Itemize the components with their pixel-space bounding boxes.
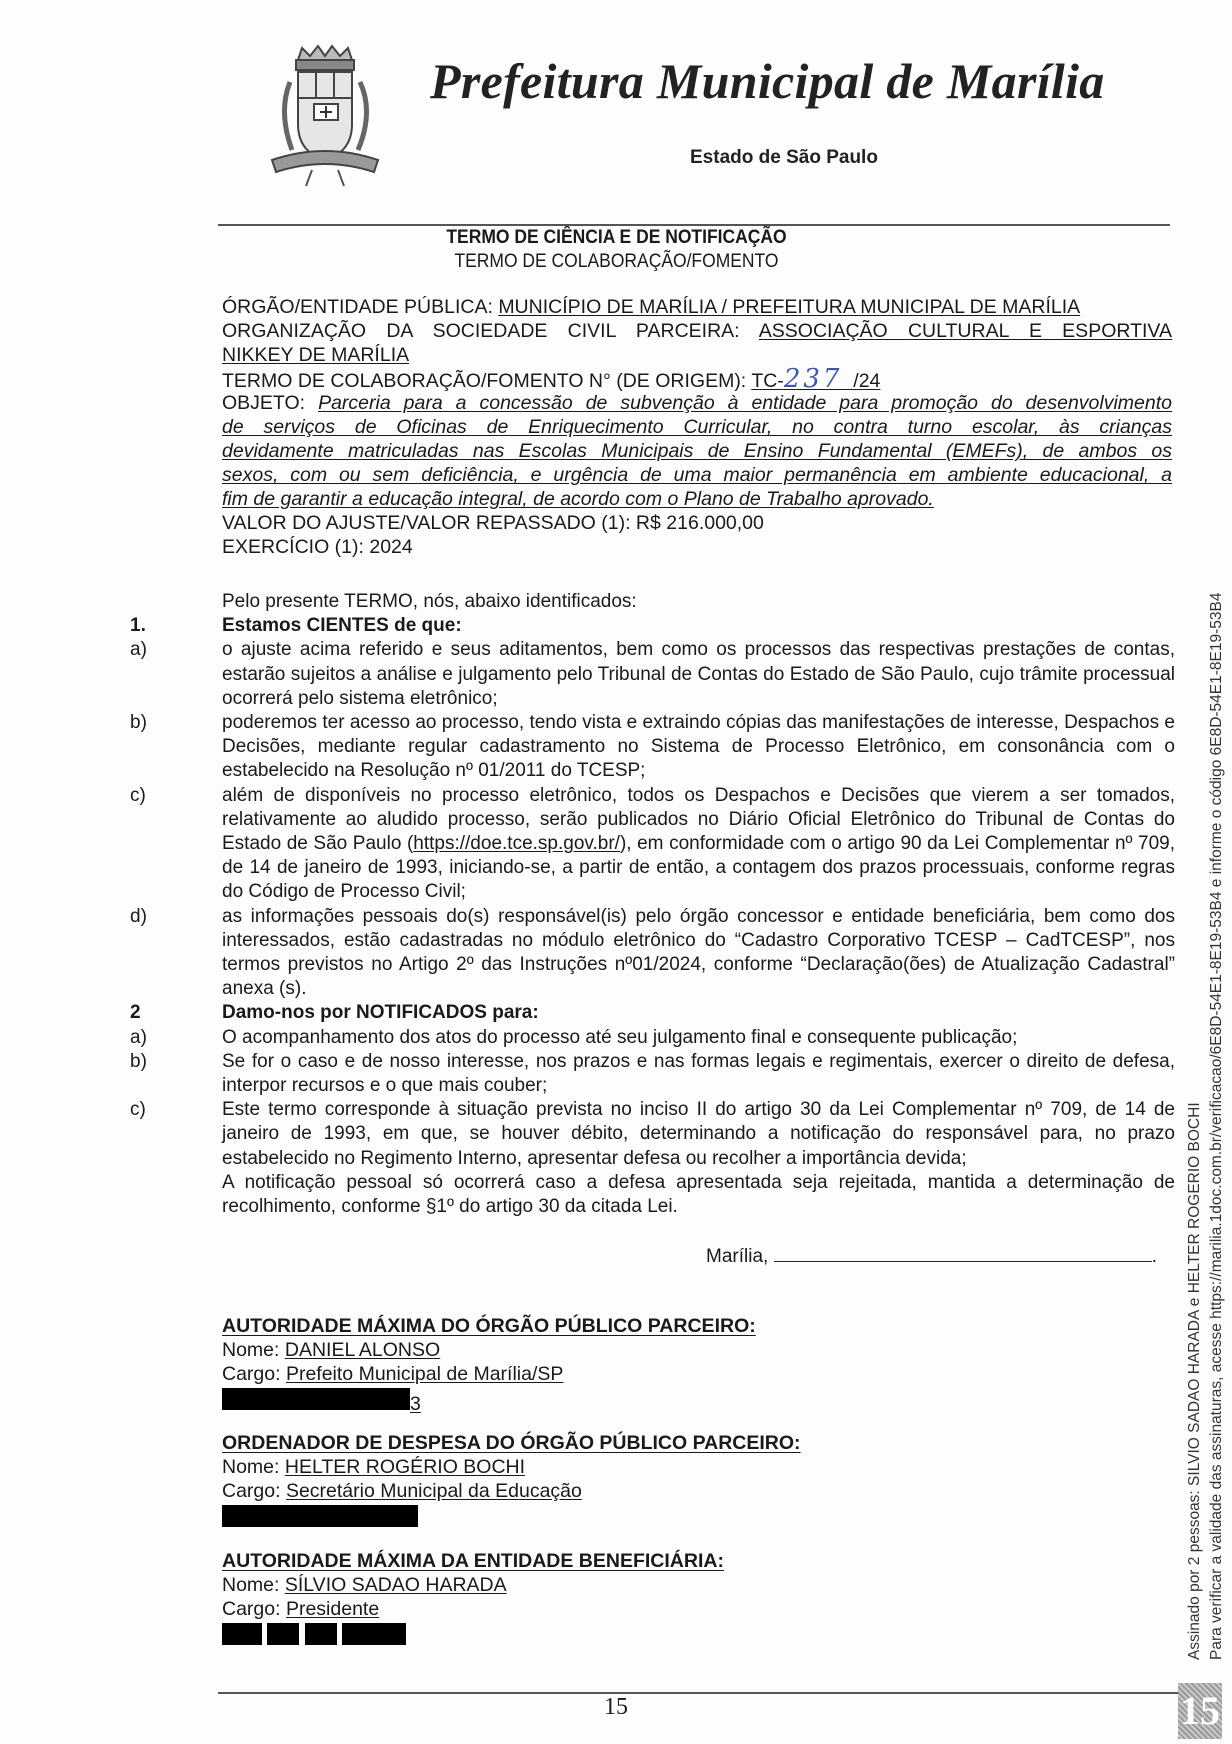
document-subtitle: TERMO DE COLABORAÇÃO/FOMENTO [50, 251, 1183, 273]
clause-item: c)Este termo corresponde à situação prev… [130, 1098, 1175, 1171]
document-metadata: ÓRGÃO/ENTIDADE PÚBLICA: MUNICÍPIO DE MAR… [222, 295, 1172, 559]
osc-value: ASSOCIAÇÃO CULTURAL E ESPORTIVA [759, 320, 1172, 342]
name-label: Nome: [222, 1456, 279, 1478]
signatory-block: ORDENADOR DE DESPESA DO ÓRGÃO PÚBLICO PA… [222, 1431, 801, 1533]
signatory-block: AUTORIDADE MÁXIMA DA ENTIDADE BENEFICIÁR… [222, 1549, 724, 1651]
clause-marker: a) [130, 638, 222, 711]
clause-item: a)O acompanhamento dos atos do processo … [130, 1026, 1175, 1050]
digital-signature-stamp: Assinado por 2 pessoas: SILVIO SADAO HAR… [1184, 560, 1228, 1660]
handwritten-number: 237 [784, 364, 843, 394]
objeto-text: de serviços de Oficinas de Enriqueciment… [222, 415, 1172, 439]
objeto-text: Parceria para a concessão de subvenção à… [318, 392, 1172, 414]
osc-line-2: NIKKEY DE MARÍLIA [222, 343, 1172, 367]
clause-marker: d) [130, 905, 222, 1002]
section-heading: Estamos CIENTES de que: [222, 615, 462, 636]
redaction-bar [342, 1623, 406, 1645]
verification-url-line[interactable]: Para verificar a validade das assinatura… [1206, 560, 1228, 1660]
clause-marker: c) [130, 1098, 222, 1171]
name-label: Nome: [222, 1574, 279, 1596]
orgao-value: MUNICÍPIO DE MARÍLIA / PREFEITURA MUNICI… [498, 296, 1080, 318]
state-subtitle: Estado de São Paulo [690, 147, 878, 169]
clause-marker: b) [130, 1050, 222, 1098]
place-date-line: Marília, . [706, 1243, 1157, 1268]
signatory-cargo: Prefeito Municipal de Marília/SP [286, 1363, 563, 1385]
clause-text: Este termo corresponde à situação previs… [222, 1098, 1175, 1171]
clause-text: O acompanhamento dos atos do processo at… [222, 1026, 1175, 1050]
redaction-bar [222, 1388, 410, 1410]
date-field[interactable] [774, 1243, 1152, 1262]
signatory-name: SÍLVIO SADAO HARADA [285, 1574, 507, 1596]
redacted-tail: 3 [410, 1393, 421, 1415]
redaction-bar [222, 1623, 262, 1645]
clause-text: A notificação pessoal só ocorrerá caso a… [222, 1171, 1175, 1219]
redaction-bar [305, 1623, 337, 1645]
redaction-bar [267, 1623, 299, 1645]
osc-value-cont: NIKKEY DE MARÍLIA [222, 344, 409, 366]
tce-doe-link[interactable]: https://doe.tce.sp.gov.br/ [413, 833, 620, 854]
signatory-block: AUTORIDADE MÁXIMA DO ÓRGÃO PÚBLICO PARCE… [222, 1314, 756, 1416]
osc-label: ORGANIZAÇÃO DA SOCIEDADE CIVIL PARCEIRA: [222, 320, 740, 342]
municipality-title: Prefeitura Municipal de Marília [430, 52, 1105, 110]
signature-stamp-line: Assinado por 2 pessoas: SILVIO SADAO HAR… [1184, 560, 1206, 1660]
clause-text: além de disponíveis no processo eletrôni… [222, 784, 1175, 905]
termo-prefix: TC- [751, 370, 784, 392]
objeto-text: devidamente matriculadas nas Escolas Mun… [222, 439, 1172, 463]
terms-body: Pelo presente TERMO, nós, abaixo identif… [130, 590, 1175, 1219]
clause-item: b)Se for o caso e de nosso interesse, no… [130, 1050, 1175, 1098]
orgao-label: ÓRGÃO/ENTIDADE PÚBLICA: [222, 296, 493, 318]
clause-marker: b) [130, 711, 222, 784]
orgao-line: ÓRGÃO/ENTIDADE PÚBLICA: MUNICÍPIO DE MAR… [222, 295, 1172, 319]
exercicio-line: EXERCÍCIO (1): 2024 [222, 535, 1172, 559]
clause-marker [130, 1171, 222, 1219]
termo-number-line: TERMO DE COLABORAÇÃO/FOMENTO N° (DE ORIG… [222, 367, 1172, 391]
signatory-role: AUTORIDADE MÁXIMA DO ÓRGÃO PÚBLICO PARCE… [222, 1314, 756, 1338]
signatory-name: HELTER ROGÉRIO BOCHI [285, 1456, 525, 1478]
signatory-name: DANIEL ALONSO [285, 1339, 440, 1361]
osc-line: ORGANIZAÇÃO DA SOCIEDADE CIVIL PARCEIRA:… [222, 319, 1172, 343]
termo-number: TC-237 /24 [751, 370, 880, 392]
clause-marker: c) [130, 784, 222, 905]
clause-text: o ajuste acima referido e seus aditament… [222, 638, 1175, 711]
cargo-label: Cargo: [222, 1598, 281, 1620]
intro-text: Pelo presente TERMO, nós, abaixo identif… [222, 590, 1175, 614]
clause-text: Se for o caso e de nosso interesse, nos … [222, 1050, 1175, 1098]
page-number: 15 [0, 1694, 1232, 1721]
clause-item: A notificação pessoal só ocorrerá caso a… [130, 1171, 1175, 1219]
objeto-text: sexos, com ou sem deficiência, e urgênci… [222, 463, 1172, 487]
name-label: Nome: [222, 1339, 279, 1361]
section-number: 2 [130, 1002, 141, 1023]
date-end: . [1152, 1246, 1157, 1267]
coat-of-arms-icon [250, 42, 400, 192]
clause-item: b)poderemos ter acesso ao processo, tend… [130, 711, 1175, 784]
page-stamp-icon: 15 [1178, 1683, 1222, 1739]
clause-text: as informações pessoais do(s) responsáve… [222, 905, 1175, 1002]
cargo-label: Cargo: [222, 1363, 281, 1385]
signatory-role: ORDENADOR DE DESPESA DO ÓRGÃO PÚBLICO PA… [222, 1431, 801, 1455]
clause-text: poderemos ter acesso ao processo, tendo … [222, 711, 1175, 784]
section-heading: Damo-nos por NOTIFICADOS para: [222, 1002, 539, 1023]
objeto-line-1: OBJETO: Parceria para a concessão de sub… [222, 391, 1172, 415]
cargo-label: Cargo: [222, 1480, 281, 1502]
redaction-bar [222, 1505, 418, 1527]
header-divider [218, 224, 1170, 226]
clause-marker: a) [130, 1026, 222, 1050]
city-label: Marília, [706, 1246, 768, 1267]
objeto-text: fim de garantir a educação integral, de … [222, 488, 934, 510]
signatory-role: AUTORIDADE MÁXIMA DA ENTIDADE BENEFICIÁR… [222, 1549, 724, 1573]
termo-suffix: /24 [853, 370, 880, 392]
signatory-cargo: Secretário Municipal da Educação [286, 1480, 582, 1502]
section-number: 1. [130, 615, 146, 636]
document-title: TERMO DE CIÊNCIA E DE NOTIFICAÇÃO [50, 227, 1183, 249]
signatory-cargo: Presidente [286, 1598, 379, 1620]
valor-line: VALOR DO AJUSTE/VALOR REPASSADO (1): R$ … [222, 511, 1172, 535]
objeto-label: OBJETO: [222, 392, 305, 414]
termo-label: TERMO DE COLABORAÇÃO/FOMENTO N° (DE ORIG… [222, 370, 746, 392]
clause-item: d)as informações pessoais do(s) responsá… [130, 905, 1175, 1002]
clause-item: c)além de disponíveis no processo eletrô… [130, 784, 1175, 905]
clause-item: a)o ajuste acima referido e seus aditame… [130, 638, 1175, 711]
